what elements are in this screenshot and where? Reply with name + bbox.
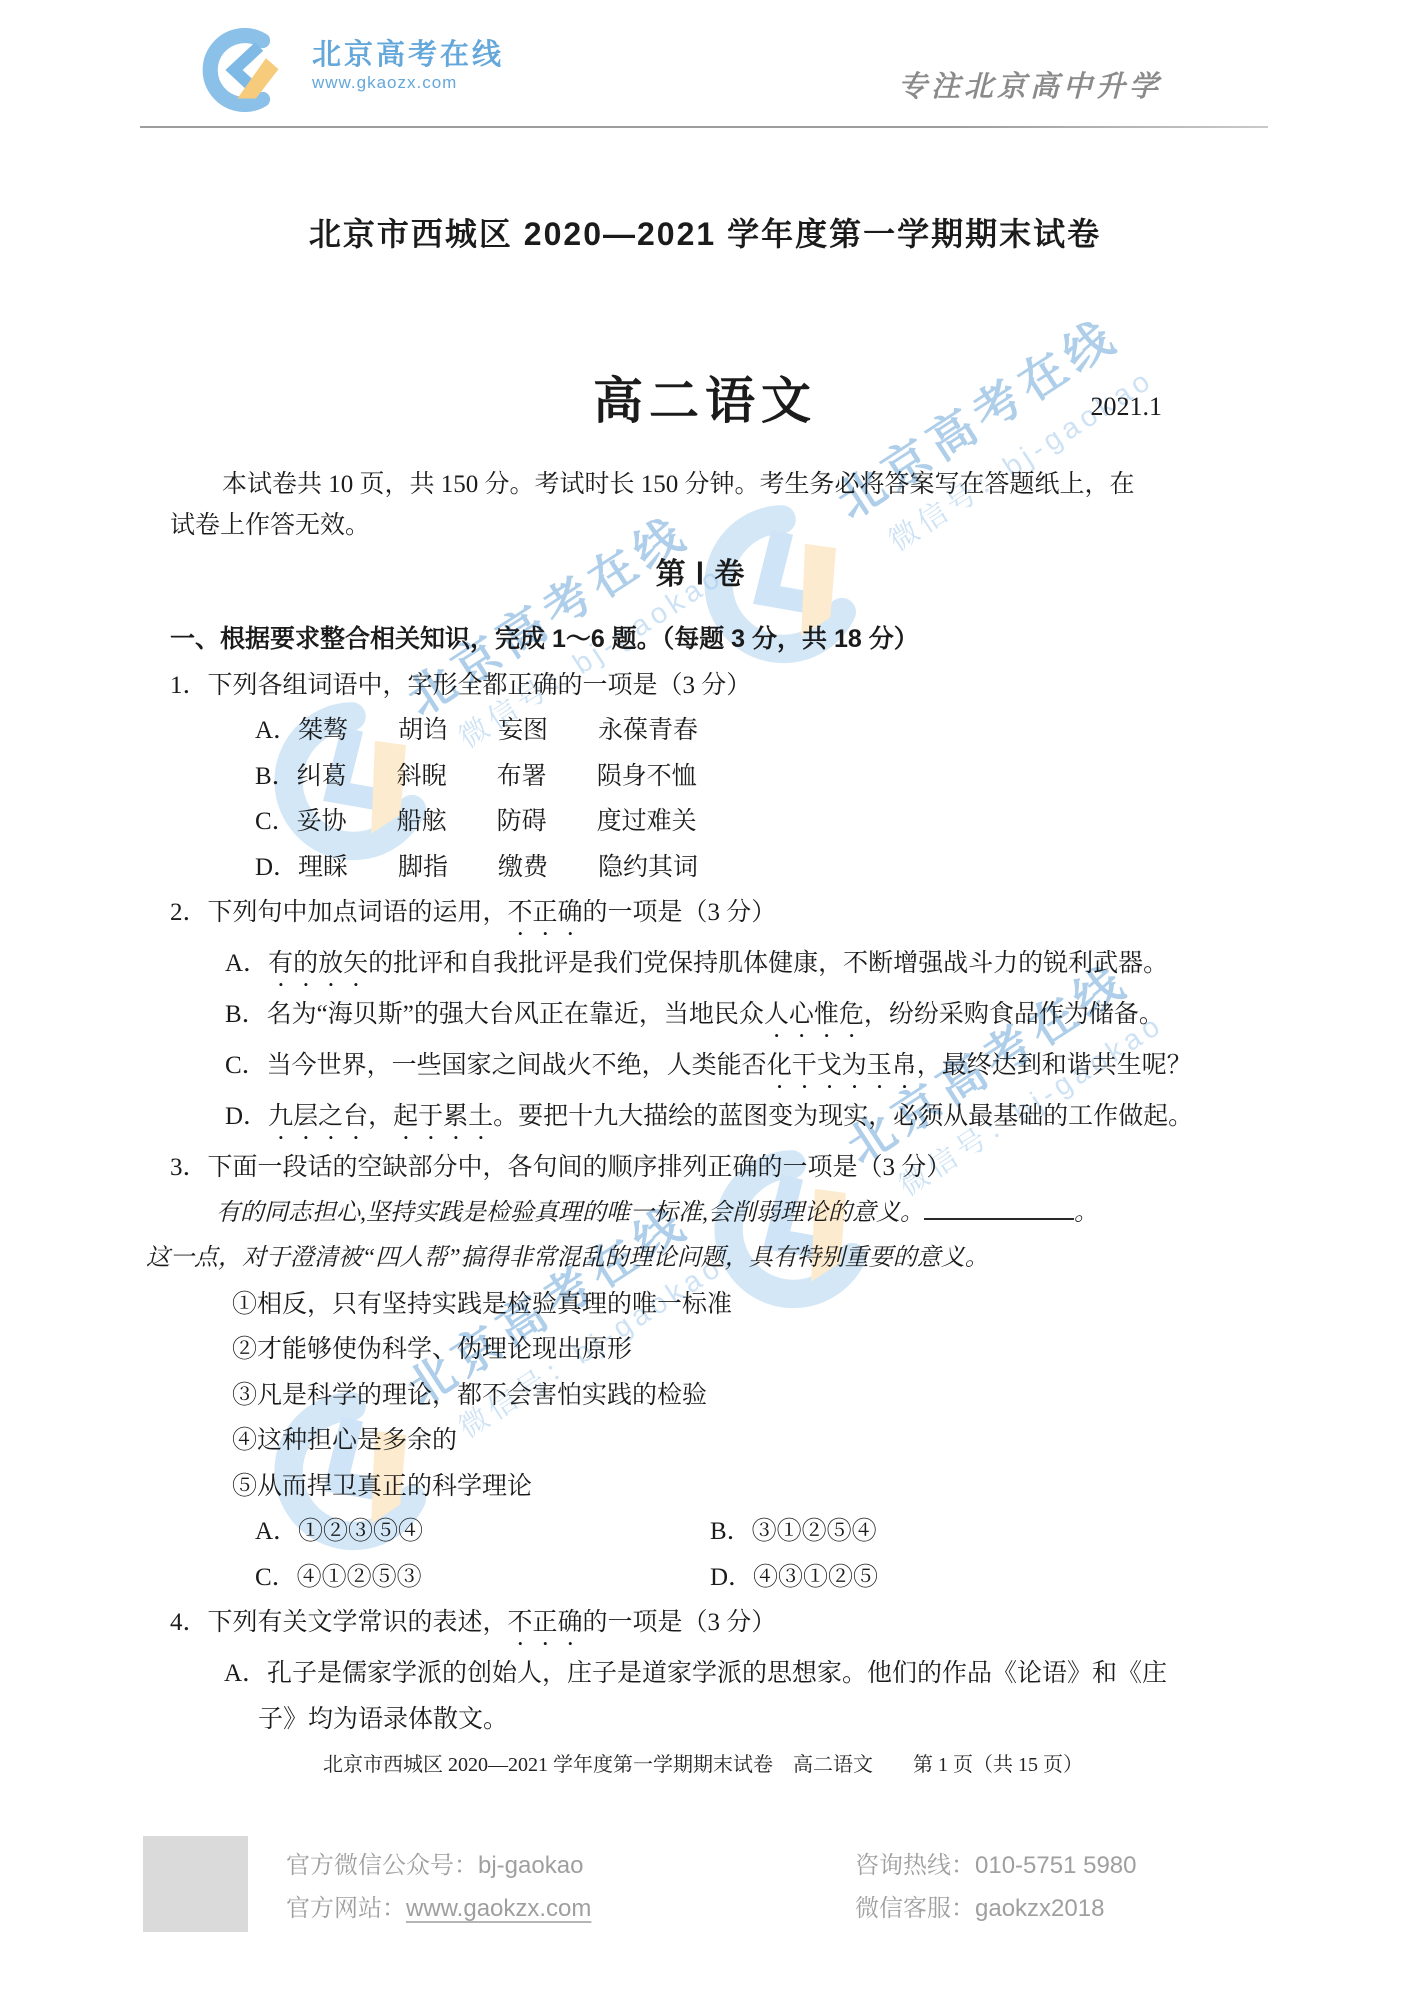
exam-content: 北京市西城区 2020—2021 学年度第一学期期末试卷 高二语文 2021.1… <box>0 130 1406 1742</box>
q3-sentence-1: ①相反，只有坚持实践是检验真理的唯一标准 <box>232 1282 1240 1328</box>
q3-answer-row-2: C．④①②⑤③ D．④③①②⑤ <box>255 1555 1240 1601</box>
subject-row: 高二语文 2021.1 <box>170 368 1240 434</box>
hotline-number: 010-5751 5980 <box>975 1852 1136 1879</box>
instructions-line-2: 试卷上作答无效。 <box>170 505 1240 546</box>
wechat-label: 官方微信公众号： <box>286 1852 478 1879</box>
q1-stem: 1．下列各组词语中，字形全都正确的一项是（3 分） <box>170 663 1240 709</box>
q2-option-a: A．有的放矢的批评和自我批评是我们党保持肌体健康，不断增强战斗力的锐利武器。 <box>225 941 1240 992</box>
q4-option-a: A．孔子是儒家学派的创始人，庄子是道家学派的思想家。他们的作品《论语》和《庄子》… <box>258 1651 1188 1742</box>
q3-option-c: C．④①②⑤③ <box>255 1555 710 1601</box>
q3-sentence-2: ②才能够使伪科学、伪理论现出原形 <box>232 1327 1240 1373</box>
q2-option-d: D．九层之台，起于累土。要把十九大描绘的蓝图变为现实，必须从最基础的工作做起。 <box>225 1094 1240 1145</box>
exam-subject: 高二语文 <box>170 368 1240 434</box>
kefu-account: gaokzx2018 <box>975 1895 1104 1922</box>
q1-option-d: D．理睬 脚指 缴费 隐约其词 <box>255 845 1240 891</box>
hotline-label: 咨询热线： <box>855 1852 975 1879</box>
site-link[interactable]: www.gaokzx.com <box>406 1895 591 1922</box>
header-slogan: 专注北京高中升学 <box>898 64 1162 105</box>
section-1-heading: 一、根据要求整合相关知识，完成 1～6 题。（每题 3 分，共 18 分） <box>170 617 1240 663</box>
wechat-account: bj-gaokao <box>478 1852 583 1879</box>
footer-right-column: 咨询热线：010-5751 5980 微信客服：gaokzx2018 <box>855 1844 1136 1930</box>
instructions-line-1: 本试卷共 10 页，共 150 分。考试时长 150 分钟。考生务必将答案写在答… <box>170 464 1240 505</box>
footer-left-column: 官方微信公众号：bj-gaokao 官方网站：www.gaokzx.com <box>286 1844 591 1930</box>
q3-answer-row-1: A．①②③⑤④ B．③①②⑤④ <box>255 1509 1240 1555</box>
logo-text-block: 北京高考在线 www.gkaozx.com <box>312 38 504 94</box>
q4-stem: 4．下列有关文学常识的表述，不正确的一项是（3 分） <box>170 1600 1240 1651</box>
exam-date: 2021.1 <box>1091 392 1163 422</box>
exam-title: 北京市西城区 2020—2021 学年度第一学期期末试卷 <box>170 212 1240 256</box>
brand-url: www.gkaozx.com <box>312 72 504 94</box>
q3-sentence-5: ⑤从而捍卫真正的科学理论 <box>232 1464 1240 1510</box>
q3-sentence-3: ③凡是科学的理论，都不会害怕实践的检验 <box>232 1373 1240 1419</box>
footer-wechat-line: 官方微信公众号：bj-gaokao <box>286 1844 591 1887</box>
footer-site-line: 官方网站：www.gaokzx.com <box>286 1887 591 1930</box>
qr-placeholder <box>143 1836 248 1932</box>
contact-footer: 官方微信公众号：bj-gaokao 官方网站：www.gaokzx.com 咨询… <box>0 1836 1406 2000</box>
footer-hotline-line: 咨询热线：010-5751 5980 <box>855 1844 1136 1887</box>
footer-kefu-line: 微信客服：gaokzx2018 <box>855 1887 1136 1930</box>
exam-instructions: 本试卷共 10 页，共 150 分。考试时长 150 分钟。考生务必将答案写在答… <box>170 464 1240 546</box>
q3-stem: 3．下面一段话的空缺部分中，各句间的顺序排列正确的一项是（3 分） <box>170 1145 1240 1191</box>
exam-paper-page: 北京高考在线 微信号：bj-gaokao 北京高考在线 微信号：bj-gaoka… <box>0 0 1406 2000</box>
site-header: 北京高考在线 www.gkaozx.com 专注北京高中升学 <box>0 0 1406 130</box>
volume-heading: 第Ⅰ卷 <box>170 552 1240 598</box>
kefu-label: 微信客服： <box>855 1895 975 1922</box>
q3-sentence-4: ④这种担心是多余的 <box>232 1418 1240 1464</box>
q1-option-b: B．纠葛 斜睨 布署 陨身不恤 <box>255 754 1240 800</box>
q3-option-d: D．④③①②⑤ <box>710 1555 878 1601</box>
page-footer-line: 北京市西城区 2020—2021 学年度第一学期期末试卷 高二语文 第 1 页（… <box>0 1748 1406 1782</box>
q3-option-a: A．①②③⑤④ <box>255 1509 710 1555</box>
gk-logo-icon <box>168 28 300 112</box>
q3-context-line-2: 这一点，对于澄清被“四人帮”搞得非常混乱的理论问题，具有特别重要的意义。 <box>146 1236 1240 1282</box>
site-label: 官方网站： <box>286 1895 406 1922</box>
q1-option-c: C．妥协 船舷 防碍 度过难关 <box>255 799 1240 845</box>
header-divider <box>140 126 1268 128</box>
brand-name: 北京高考在线 <box>312 38 504 72</box>
q1-option-a: A．桀骜 胡诌 妄图 永葆青春 <box>255 708 1240 754</box>
q2-option-c: C．当今世界，一些国家之间战火不绝，人类能否化干戈为玉帛，最终达到和谐共生呢？ <box>225 1043 1240 1094</box>
q3-context-line-1: 有的同志担心,坚持实践是检验真理的唯一标准,会削弱理论的意义。。 <box>216 1191 1240 1237</box>
q2-stem: 2．下列句中加点词语的运用，不正确的一项是（3 分） <box>170 890 1240 941</box>
q3-option-b: B．③①②⑤④ <box>710 1509 877 1555</box>
q2-option-b: B．名为“海贝斯”的强大台风正在靠近，当地民众人心惟危，纷纷采购食品作为储备。 <box>225 992 1240 1043</box>
